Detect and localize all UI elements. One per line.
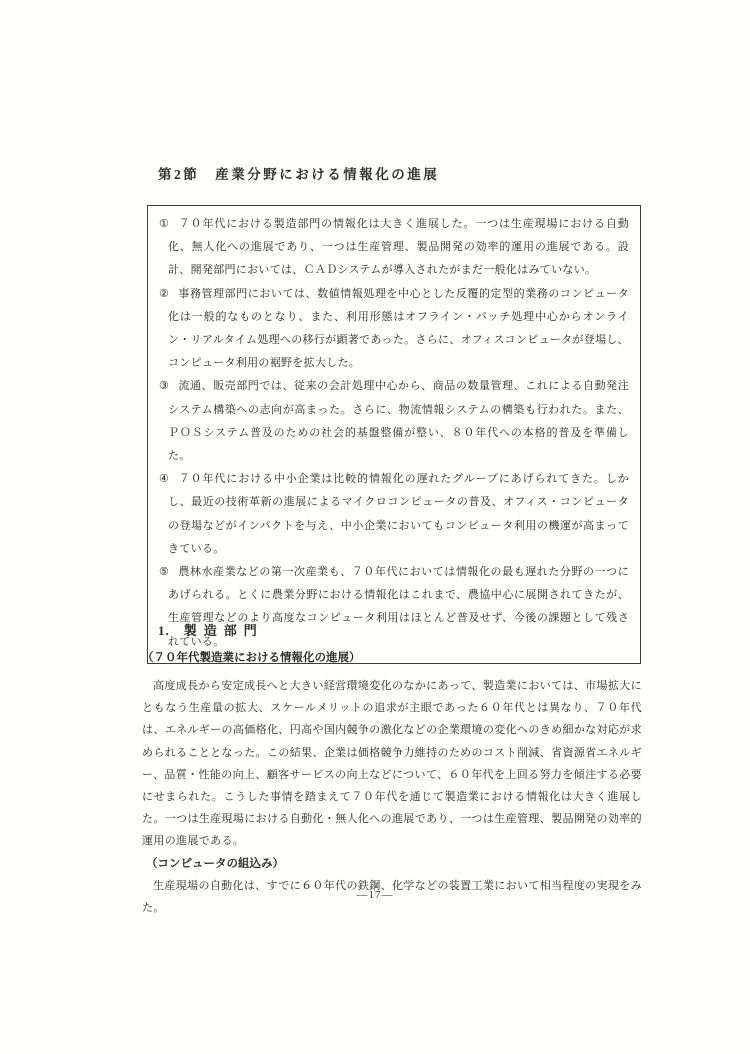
summary-item-1-text: ７０年代における製造部門の情報化は大きく進展した。一つは生産現場における自動化、… [168, 218, 629, 276]
summary-item-3-text: 流通、販売部門では、従来の会計処理中心から、商品の数量管理、これによる自動発注シ… [168, 380, 629, 462]
summary-box: ①７０年代における製造部門の情報化は大きく進展した。一つは生産現場における自動化… [147, 205, 641, 664]
circled-number-2: ② [159, 283, 169, 306]
circled-number-3: ③ [159, 375, 169, 398]
summary-item-3: ③流通、販売部門では、従来の会計処理中心から、商品の数量管理、これによる自動発注… [159, 375, 629, 468]
circled-number-4: ④ [159, 468, 169, 491]
summary-item-4-text: ７０年代における中小企業は比較的情報化の遅れたグループにあげられてきた。しかし、… [168, 473, 629, 555]
subsection-heading: 1.製造部門 [158, 620, 264, 639]
document-page: 第2節 産業分野における情報化の進展 ①７０年代における製造部門の情報化は大きく… [0, 0, 750, 1054]
body-paragraph-1: 高度成長から安定成長へと大きい経営環境変化のなかにあって、製造業においては、市場… [142, 675, 642, 853]
summary-item-2-text: 事務管理部門においては、数値情報処理を中心とした反覆的定型的業務のコンピュータ化… [168, 288, 629, 370]
summary-item-5: ⑤農林水産業などの第一次産業も、７０年代においては情報化の最も遅れた分野の一つに… [159, 561, 629, 654]
sub-heading-progress: （７０年代製造業における情報化の進展） [142, 647, 642, 669]
section-title: 第2節 産業分野における情報化の進展 [158, 163, 439, 183]
circled-number-1: ① [159, 213, 169, 236]
subsection-number: 1. [158, 623, 170, 638]
page-number: —17— [0, 889, 750, 901]
sub-heading-computer: （コンピュータの組込み） [142, 853, 642, 875]
circled-number-5: ⑤ [159, 561, 169, 584]
summary-item-4: ④７０年代における中小企業は比較的情報化の遅れたグループにあげられてきた。しかし… [159, 468, 629, 561]
summary-item-1: ①７０年代における製造部門の情報化は大きく進展した。一つは生産現場における自動化… [159, 213, 629, 283]
summary-item-2: ②事務管理部門においては、数値情報処理を中心とした反覆的定型的業務のコンピュータ… [159, 283, 629, 376]
body-text-block: （７０年代製造業における情報化の進展） 高度成長から安定成長へと大きい経営環境変… [142, 647, 642, 919]
subsection-title: 製造部門 [184, 623, 264, 638]
